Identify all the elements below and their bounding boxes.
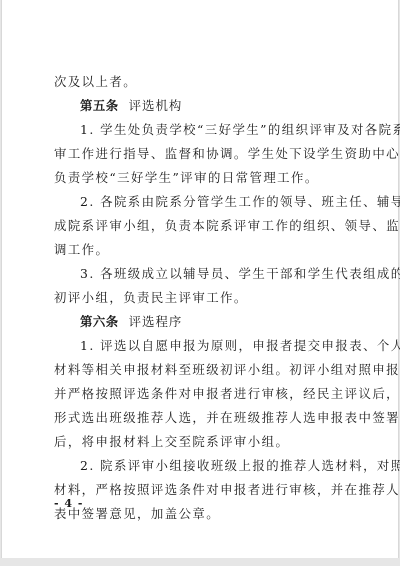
article-number: 第五条 xyxy=(80,98,119,113)
paragraph-line: 2. 院系评审小组接收班级上报的推荐人选材料，对照申报 xyxy=(54,454,350,478)
paragraph-line: 初评小组，负责民主评审工作。 xyxy=(54,286,350,310)
body-line: 次及以上者。 xyxy=(54,70,350,94)
paragraph-line: 材料，严格按照评选条件对申报者进行审核，并在推荐人选申报 xyxy=(54,478,350,502)
paragraph-line: 1. 学生处负责学校“三好学生”的组织评审及对各院系评 xyxy=(54,118,350,142)
article-heading-5: 第五条评选机构 xyxy=(54,94,350,118)
paragraph-line: 并严格按照评选条件对申报者进行审核，经民主评议后，以投票 xyxy=(54,382,350,406)
paragraph-line: 后，将申报材料上交至院系评审小组。 xyxy=(54,430,350,454)
paragraph-line: 成院系评审小组，负责本院系评审工作的组织、领导、监督和协 xyxy=(54,214,350,238)
page-number: - 4 - xyxy=(54,497,83,510)
article-title: 评选程序 xyxy=(129,314,183,329)
article-number: 第六条 xyxy=(80,314,119,329)
paragraph-line: 表中签署意见，加盖公章。 xyxy=(54,502,350,526)
paragraph-line: 审工作进行指导、监督和协调。学生处下设学生资助中心，具体 xyxy=(54,142,350,166)
paragraph-line: 调工作。 xyxy=(54,238,350,262)
paragraph-line: 1. 评选以自愿申报为原则，申报者提交申报表、个人事迹 xyxy=(54,334,350,358)
paragraph-line: 3. 各班级成立以辅导员、学生干部和学生代表组成的班级 xyxy=(54,262,350,286)
article-heading-6: 第六条评选程序 xyxy=(54,310,350,334)
article-title: 评选机构 xyxy=(129,98,183,113)
page-content: 次及以上者。 第五条评选机构 1. 学生处负责学校“三好学生”的组织评审及对各院… xyxy=(54,70,350,526)
document-page: 次及以上者。 第五条评选机构 1. 学生处负责学校“三好学生”的组织评审及对各院… xyxy=(1,0,399,558)
paragraph-line: 形式选出班级推荐人选，并在班级推荐人选申报表中签署意见 xyxy=(54,406,350,430)
paragraph-line: 负责学校“三好学生”评审的日常管理工作。 xyxy=(54,166,350,190)
paragraph-line: 材料等相关申报材料至班级初评小组。初评小组对照申报材料， xyxy=(54,358,350,382)
paragraph-line: 2. 各院系由院系分管学生工作的领导、班主任、辅导员组 xyxy=(54,190,350,214)
